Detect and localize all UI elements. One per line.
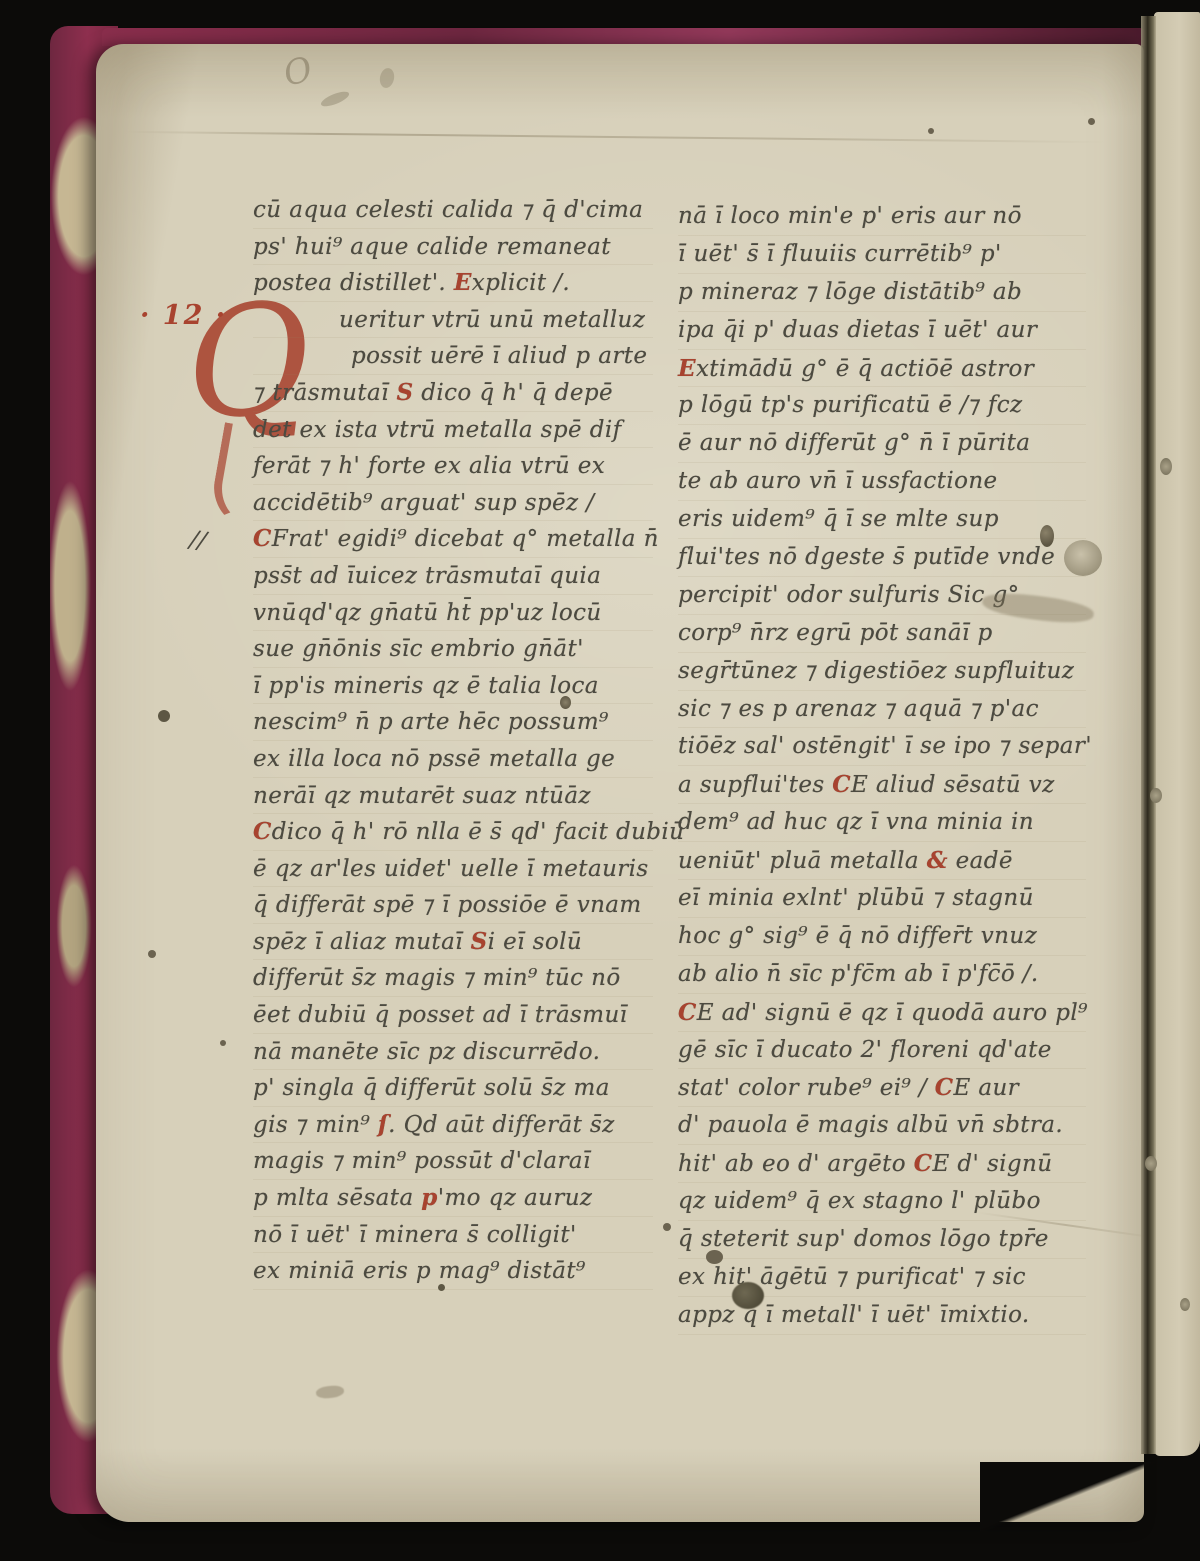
text-line: ēet dubiū q̄ posset ad ī trāsmuī — [253, 997, 653, 1034]
text-line: magis ⁊ min⁹ possūt d'claraī — [253, 1143, 653, 1180]
text-line: CE ad' signū ē qz ī quodā auro pl⁹ — [678, 994, 1086, 1032]
text-run: xtimādū g° ē q̄ actiōē astror — [696, 356, 1034, 382]
wormhole — [1180, 1298, 1190, 1311]
text-line: vnūqd'qz gn̄atū ht̄ pp'uz locū — [253, 595, 653, 632]
text-line: pss̄t ad īuicez trāsmutaī quia — [253, 558, 653, 595]
text-line: cū aqua celesti calida ⁊ q̄ d'cima — [253, 192, 653, 229]
rubric-letter: C — [832, 771, 851, 798]
text-run: spēz ī aliaz mutaī — [253, 929, 471, 955]
text-line: ferāt ⁊ h' forte ex alia vtrū ex — [253, 448, 653, 485]
text-line: nō ī uēt' ī minera s̄ colligit' — [253, 1217, 653, 1254]
ink-blot — [706, 1250, 723, 1264]
rubric-letter: C — [914, 1150, 933, 1177]
text-line: qz uidem⁹ q̄ ex stagno l' plūbo — [678, 1183, 1086, 1221]
parchment-stain — [1064, 540, 1102, 576]
text-column-left: cū aqua celesti calida ⁊ q̄ d'cimaps' hu… — [253, 192, 653, 1290]
text-line: a supflui'tes CE aliud sēsatū vz — [678, 766, 1086, 804]
text-line: nā manēte sīc pz discurrēdo. — [253, 1034, 653, 1071]
rubric-letter: C — [253, 818, 272, 845]
rubric-letter: p — [421, 1184, 437, 1211]
rubric-letter: & — [927, 847, 948, 874]
ink-speck — [148, 950, 156, 958]
text-run: a supflui'tes — [678, 772, 832, 798]
rubric-letter: S — [471, 928, 488, 955]
text-run: i eī solū — [488, 929, 582, 955]
text-line: nā ī loco min'e p' eris aur nō — [678, 198, 1086, 236]
text-line: ab alio n̄ sīc p'fc̄m ab ī p'fc̄ō /. — [678, 956, 1086, 994]
text-run: p mlta sēsata — [253, 1185, 421, 1211]
page-gutter-groove — [1141, 16, 1156, 1454]
ink-speck — [928, 128, 934, 134]
ink-smudge — [378, 67, 396, 89]
text-run: ⁊ trāsmutaī — [253, 380, 397, 406]
text-line: spēz ī aliaz mutaī Si eī solū — [253, 924, 653, 961]
text-line: ⁊ trāsmutaī S dico q̄ h' q̄ depē — [253, 375, 653, 412]
rubric-letter: E — [678, 355, 696, 382]
text-line: ueritur vtrū unū metalluz — [253, 302, 653, 339]
text-line: CFrat' egidi⁹ dicebat q° metalla n̄ — [253, 521, 653, 558]
photograph-background: O · 12 · Q // cū aqua celesti calida ⁊ q… — [0, 0, 1200, 1561]
text-line: eris uidem⁹ q̄ ī se mlte sup — [678, 501, 1086, 539]
rubric-letter: ſ — [378, 1111, 388, 1138]
text-line: d' pauola ē magis albū vn̄ sbtra. — [678, 1107, 1086, 1145]
parchment-hole — [560, 696, 571, 709]
text-line: stat' color rube⁹ ei⁹ / CE aur — [678, 1069, 1086, 1107]
text-run: Frat' egidi⁹ dicebat q° metalla n̄ — [272, 526, 659, 552]
text-line: corp⁹ n̄rz egrū pōt sanāī p — [678, 615, 1086, 653]
text-line: segr̄tūnez ⁊ digestiōez supfluituz — [678, 653, 1086, 691]
text-line: ueniūt' pluā metalla & eadē — [678, 842, 1086, 880]
text-run: dico q̄ h' q̄ depē — [414, 380, 613, 406]
text-line: q̄ differāt spē ⁊ ī possiōe ē vnam — [253, 887, 653, 924]
text-run: hit' ab eo d' argēto — [678, 1151, 914, 1177]
wormhole — [1145, 1156, 1157, 1171]
text-line: p mlta sēsata p'mo qz auruz — [253, 1180, 653, 1217]
text-line: tiōēz sal' ostēngit' ī se ipo ⁊ separ' — [678, 728, 1086, 766]
ink-speck — [220, 1040, 226, 1046]
text-line: q̄ steterit sup' domos lōgo tpr̄e — [678, 1221, 1086, 1259]
text-line: p' singla q̄ differūt solū s̄z ma — [253, 1070, 653, 1107]
text-line: p mineraz ⁊ lōge distātib⁹ ab — [678, 274, 1086, 312]
faded-scribble: O — [280, 49, 317, 95]
text-line: ex illa loca nō pssē metalla ge — [253, 741, 653, 778]
text-line: ī uēt' s̄ ī fluuiis currētib⁹ p' — [678, 236, 1086, 274]
text-line: ex miniā eris p mag⁹ distāt⁹ — [253, 1253, 653, 1290]
ink-speck — [663, 1223, 671, 1231]
page-bottom-edge-shadow — [980, 1462, 1155, 1532]
text-line: eī minia exlnt' plūbū ⁊ stagnū — [678, 880, 1086, 918]
text-run: E aur — [953, 1075, 1019, 1101]
wormhole — [1160, 458, 1172, 475]
rubric-letter: S — [397, 379, 414, 406]
text-line: ē aur nō differūt g° n̄ ī pūrita — [678, 425, 1086, 463]
text-line: ē qz ar'les uidet' uelle ī metauris — [253, 851, 653, 888]
ink-speck — [158, 710, 170, 722]
page-crease — [126, 131, 1106, 143]
text-line: nescim⁹ n̄ p arte hēc possum⁹ — [253, 704, 653, 741]
text-run: E aliud sēsatū vz — [851, 772, 1055, 798]
text-line: nerāī qz mutarēt suaz ntūāz — [253, 778, 653, 815]
text-line: dem⁹ ad huc qz ī vna minia in — [678, 804, 1086, 842]
text-column-right: nā ī loco min'e p' eris aur nōī uēt' s̄ … — [678, 198, 1086, 1335]
text-run: postea distillet'. — [253, 270, 454, 296]
text-run: 'mo qz auruz — [438, 1185, 593, 1211]
text-line: Cdico q̄ h' rō nlla ē s̄ qd' facit dubiū — [253, 814, 653, 851]
text-line: accidētib⁹ arguat' sup spēz / — [253, 485, 653, 522]
rubric-letter: C — [253, 525, 272, 552]
text-line: det ex ista vtrū metalla spē dif — [253, 412, 653, 449]
text-line: gis ⁊ min⁹ ſ. Qd aūt differāt s̄z — [253, 1107, 653, 1144]
text-run: eadē — [948, 848, 1013, 874]
parchment-hole — [1040, 525, 1054, 547]
text-run: dico q̄ h' rō nlla ē s̄ qd' facit dubiū — [272, 819, 685, 845]
text-line: differūt s̄z magis ⁊ min⁹ tūc nō — [253, 960, 653, 997]
ink-smudge — [319, 89, 351, 110]
ink-blot — [732, 1282, 764, 1309]
text-line: ps' hui⁹ aque calide remaneat — [253, 229, 653, 266]
text-line: sic ⁊ es p arenaz ⁊ aquā ⁊ p'ac — [678, 691, 1086, 729]
text-line: ī pp'is mineris qz ē talia loca — [253, 668, 653, 705]
rubric-letter: E — [454, 269, 472, 296]
text-run: E ad' signū ē qz ī quodā auro pl⁹ — [697, 1000, 1088, 1026]
text-line: sue gn̄ōnis sīc embrio gn̄āt' — [253, 631, 653, 668]
rubric-letter: C — [678, 999, 697, 1026]
text-run: E d' signū — [932, 1151, 1052, 1177]
rubric-letter: C — [935, 1074, 954, 1101]
text-line: gē sīc ī ducato 2' floreni qd'ate — [678, 1032, 1086, 1070]
underlying-leaf-fore-edge — [1154, 12, 1200, 1456]
text-run: ueniūt' pluā metalla — [678, 848, 927, 874]
text-line: postea distillet'. Explicit /. — [253, 265, 653, 302]
text-run: gis ⁊ min⁹ — [253, 1112, 378, 1138]
text-run: . Qd aūt differāt s̄z — [388, 1112, 615, 1138]
text-line: possit uērē ī aliud p arte — [253, 338, 653, 375]
text-line: hit' ab eo d' argēto CE d' signū — [678, 1145, 1086, 1183]
ink-speck — [438, 1284, 445, 1291]
text-run: xplicit /. — [472, 270, 570, 296]
text-line: p lōgū tp's purificatū ē /⁊ fcz — [678, 387, 1086, 425]
ink-speck — [1088, 118, 1095, 125]
text-line: hoc g° sig⁹ ē q̄ nō differ̄t vnuz — [678, 918, 1086, 956]
text-line: te ab auro vn̄ ī ussfactione — [678, 463, 1086, 501]
text-line: ipa q̄i p' duas dietas ī uēt' aur — [678, 312, 1086, 350]
text-line: flui'tes nō dgeste s̄ putīde vnde — [678, 539, 1086, 577]
text-line: Extimādū g° ē q̄ actiōē astror — [678, 350, 1086, 388]
text-run: stat' color rube⁹ ei⁹ / — [678, 1075, 935, 1101]
wormhole — [1150, 788, 1162, 803]
